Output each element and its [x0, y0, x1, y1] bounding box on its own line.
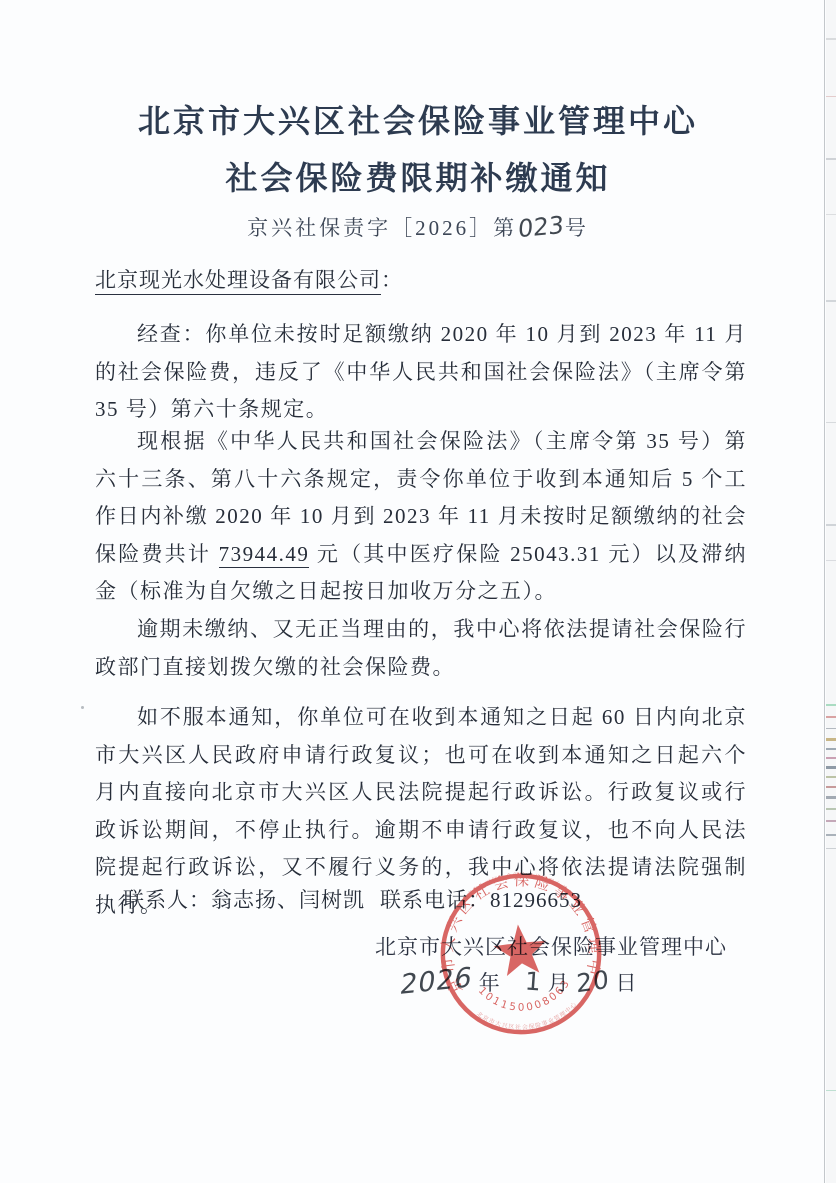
reference-number-line: 京兴社保责字［2026］第023号 [0, 212, 836, 242]
scan-streak [826, 738, 836, 741]
scan-streak [826, 776, 836, 778]
scan-streak [826, 1090, 836, 1091]
handwritten-day: 20 [575, 965, 610, 999]
seal-microtext-bottom: 北京市大兴区社会保险事业管理中心 [475, 999, 581, 1036]
scan-streak [826, 766, 836, 769]
paragraph-enforcement: 逾期未缴纳、又无正当理由的，我中心将依法提请社会保险行政部门直接划拨欠缴的社会保… [95, 611, 747, 686]
addressee-company-name: 北京现光水处理设备有限公司 [95, 268, 381, 295]
total-amount-due: 73944.49 [219, 542, 310, 568]
day-unit: 日 [615, 971, 637, 995]
scan-edge-line [824, 0, 825, 1183]
scan-edge-strip [826, 0, 836, 1183]
scan-streak [826, 820, 836, 822]
svg-text:北京市大兴区社会保险事业管理中心: 北京市大兴区社会保险事业管理中心 [475, 999, 581, 1036]
addressee-line: 北京现光水处理设备有限公司： [95, 264, 755, 294]
contact-person-label: 联系人： [123, 888, 211, 912]
scan-streak [826, 158, 836, 160]
contact-phone-label: 联系电话： [380, 888, 490, 912]
scan-streak [826, 560, 836, 561]
year-unit: 年 [479, 971, 501, 995]
scan-streak [826, 38, 836, 40]
scan-streak [826, 796, 836, 799]
scan-streak [826, 524, 836, 526]
month-unit: 月 [548, 971, 570, 995]
document-title-org: 北京市大兴区社会保险事业管理中心 [0, 96, 836, 142]
scan-streak [826, 214, 836, 215]
scan-streak [826, 834, 836, 836]
scan-streak [826, 808, 836, 810]
scan-streak [826, 786, 836, 788]
date-line: 2026年1月20日 [400, 966, 643, 997]
reference-prefix: 京兴社保责字［2026］第 [247, 216, 517, 240]
document-title-subject: 社会保险费限期补缴通知 [0, 153, 836, 199]
handwritten-year: 2026 [398, 962, 475, 1001]
scan-streak [826, 748, 836, 750]
contact-line: 联系人：翁志扬、闫树凯 联系电话：81296653 [123, 884, 763, 914]
paragraph-violation: 经查：你单位未按时足额缴纳 2020 年 10 月到 2023 年 11 月的社… [95, 316, 747, 429]
document-page: 北京市大兴区社会保险事业管理中心 社会保险费限期补缴通知 京兴社保责字［2026… [0, 0, 836, 1183]
scan-dot-artifact [81, 706, 84, 709]
contact-persons: 翁志扬、闫树凯 [211, 888, 365, 912]
scan-streak [826, 728, 836, 729]
signature-org-name: 北京市大兴区社会保险事业管理中心 [375, 931, 727, 961]
addressee-colon: ： [381, 268, 403, 292]
scan-streak [826, 757, 836, 759]
handwritten-doc-number: 023 [517, 211, 564, 243]
reference-suffix: 号 [565, 216, 589, 240]
handwritten-month: 1 [524, 966, 543, 996]
scan-streak [826, 96, 836, 97]
scan-streak [826, 848, 836, 849]
paragraph-payment-order: 现根据《中华人民共和国社会保险法》（主席令第 35 号）第六十三条、第八十六条规… [95, 423, 747, 611]
contact-phone-number: 81296653 [490, 888, 582, 912]
scan-streak [826, 300, 836, 302]
scan-streak [826, 422, 836, 423]
scan-streak [826, 704, 836, 706]
scan-streak [826, 716, 836, 718]
